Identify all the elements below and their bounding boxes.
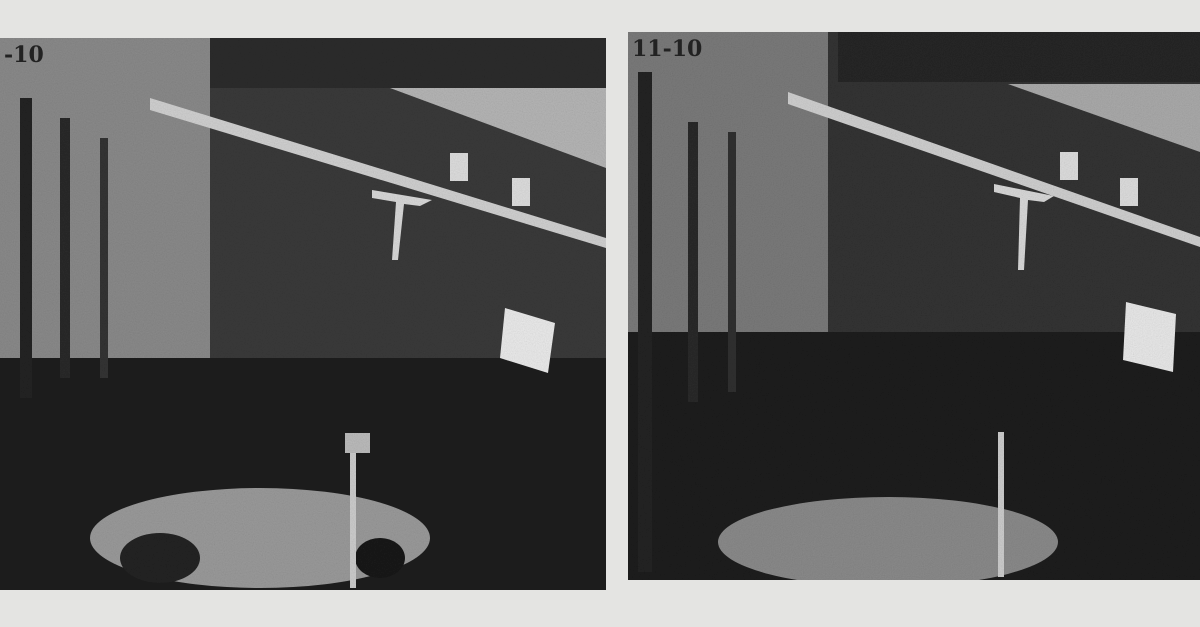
- photo-right: 11-10: [628, 32, 1200, 580]
- panel-label: -10: [4, 42, 44, 68]
- photo-left-art: [0, 38, 606, 590]
- photo-left: -10: [0, 38, 606, 590]
- panel-label: 11-10: [632, 36, 702, 62]
- photo-right-art: [628, 32, 1200, 580]
